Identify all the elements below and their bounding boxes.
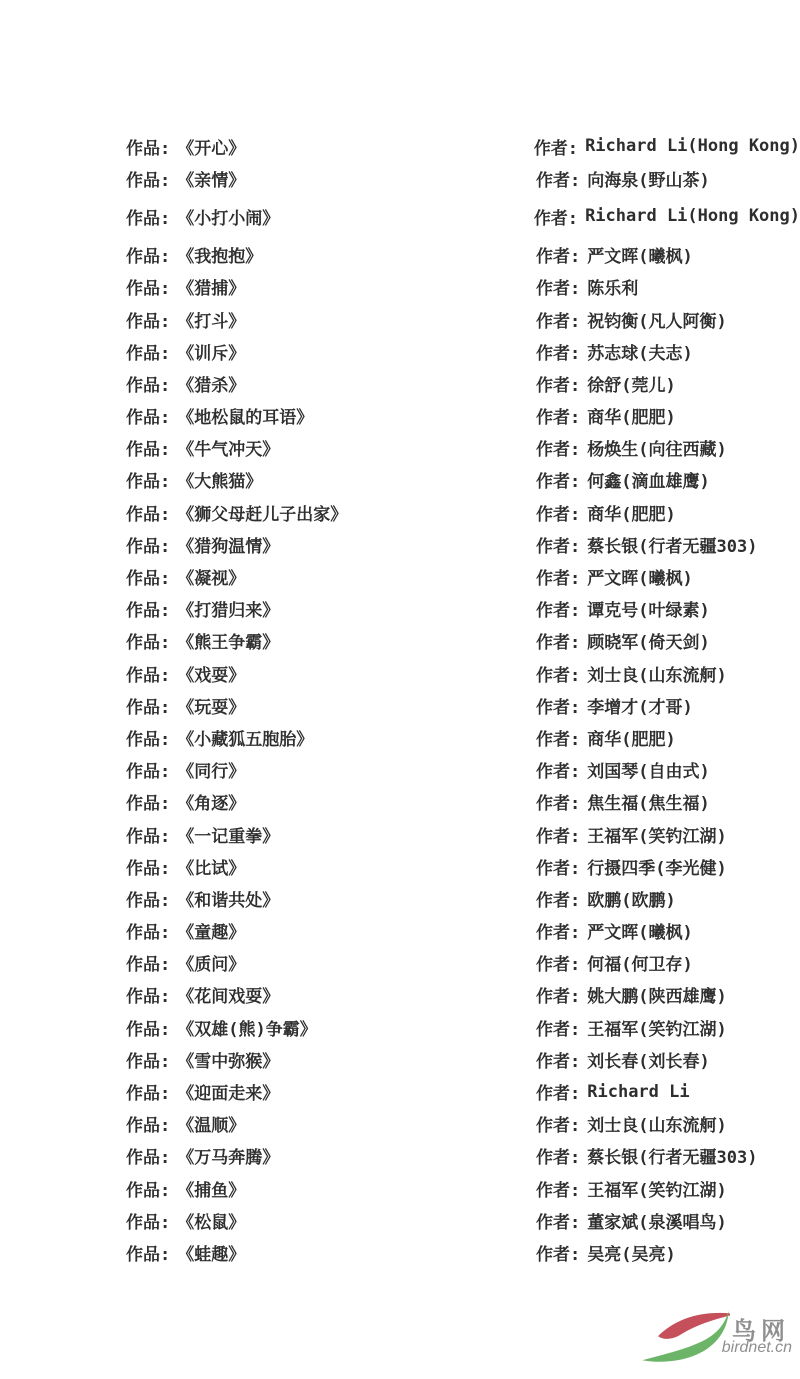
author-cell: 作者:杨焕生(向往西藏) [536,435,800,460]
author-name: 向海泉(野山茶) [587,166,709,191]
work-label: 作品: [126,307,170,332]
list-row: 作品:《同行》 作者:刘国琴(自由式) [0,754,800,786]
list-row: 作品:《比试》 作者:行摄四季(李光健) [0,850,800,882]
author-name: 何鑫(滴血雄鹰) [587,467,709,492]
list-row: 作品:《迎面走来》 作者:Richard Li [0,1075,800,1107]
work-cell: 作品:《打猎归来》 [126,596,536,621]
work-title: 《温顺》 [177,1111,245,1136]
work-title: 《猎杀》 [177,371,245,396]
work-title: 《地松鼠的耳语》 [177,403,313,428]
author-name: 王福军(笑钓江湖) [587,1176,726,1201]
list-row: 作品:《大熊猫》 作者:何鑫(滴血雄鹰) [0,464,800,496]
author-cell: 作者:刘士良(山东流舸) [536,1111,800,1136]
work-cell: 作品:《戏耍》 [126,661,536,686]
author-name: 陈乐利 [587,274,638,299]
author-cell: 作者:李增才(才哥) [536,693,800,718]
author-cell: 作者:商华(肥肥) [536,500,800,525]
author-cell: 作者:谭克号(叶绿素) [536,596,800,621]
author-cell: 作者:严文晖(曦枫) [536,564,800,589]
work-label: 作品: [126,1079,170,1104]
work-title: 《熊王争霸》 [177,628,279,653]
author-label: 作者: [536,1079,580,1104]
work-cell: 作品:《凝视》 [126,564,536,589]
work-cell: 作品:《猎捕》 [126,274,536,299]
work-title: 《我抱抱》 [177,242,262,267]
author-label: 作者: [536,339,580,364]
author-label: 作者: [536,1240,580,1265]
author-cell: 作者:严文晖(曦枫) [536,918,800,943]
author-label: 作者: [536,661,580,686]
work-cell: 作品:《同行》 [126,757,536,782]
author-label: 作者: [536,1111,580,1136]
author-label: 作者: [536,693,580,718]
author-label: 作者: [536,950,580,975]
work-cell: 作品:《打斗》 [126,307,536,332]
work-cell: 作品:《开心》 [126,134,534,159]
list-row: 作品:《小藏狐五胞胎》 作者:商华(肥肥) [0,721,800,753]
work-cell: 作品:《小藏狐五胞胎》 [126,725,536,750]
author-cell: 作者:刘国琴(自由式) [536,757,800,782]
work-cell: 作品:《熊王争霸》 [126,628,536,653]
author-cell: 作者:董家斌(泉溪唱鸟) [536,1208,800,1233]
author-name: 商华(肥肥) [587,725,675,750]
author-label: 作者: [536,789,580,814]
work-label: 作品: [126,1143,170,1168]
work-label: 作品: [126,854,170,879]
author-cell: 作者:王福军(笑钓江湖) [536,1015,800,1040]
list-row: 作品:《松鼠》 作者:董家斌(泉溪唱鸟) [0,1204,800,1236]
work-label: 作品: [126,403,170,428]
author-name: 苏志球(夫志) [587,339,692,364]
list-row: 作品:《凝视》 作者:严文晖(曦枫) [0,560,800,592]
work-title: 《松鼠》 [177,1208,245,1233]
work-title: 《花间戏耍》 [177,982,279,1007]
work-cell: 作品:《一记重拳》 [126,822,536,847]
work-label: 作品: [126,467,170,492]
list-row: 作品:《猎杀》 作者:徐舒(莞儿) [0,367,800,399]
list-row: 作品:《花间戏耍》 作者:姚大鹏(陕西雄鹰) [0,979,800,1011]
author-label: 作者: [536,1143,580,1168]
list-row: 作品:《玩耍》 作者:李增才(才哥) [0,689,800,721]
work-title: 《小藏狐五胞胎》 [177,725,313,750]
work-label: 作品: [126,134,170,159]
work-label: 作品: [126,1047,170,1072]
work-title: 《戏耍》 [177,661,245,686]
author-label: 作者: [536,886,580,911]
work-cell: 作品:《大熊猫》 [126,467,536,492]
work-label: 作品: [126,693,170,718]
author-cell: 作者:吴亮(吴亮) [536,1240,800,1265]
author-name: 杨焕生(向往西藏) [587,435,726,460]
list-row: 作品:《蛙趣》 作者:吴亮(吴亮) [0,1236,800,1268]
author-label: 作者: [536,1047,580,1072]
list-row: 作品:《角逐》 作者:焦生福(焦生福) [0,786,800,818]
list-row: 作品:《亲情》 作者:向海泉(野山茶) [0,162,800,194]
list-row: 作品:《熊王争霸》 作者:顾晓军(倚天剑) [0,625,800,657]
author-cell: 作者:姚大鹏(陕西雄鹰) [536,982,800,1007]
work-cell: 作品:《温顺》 [126,1111,536,1136]
list-row: 作品:《双雄(熊)争霸》 作者:王福军(笑钓江湖) [0,1011,800,1043]
author-name: 王福军(笑钓江湖) [587,1015,726,1040]
work-title: 《大熊猫》 [177,467,262,492]
work-title: 《玩耍》 [177,693,245,718]
author-label: 作者: [536,725,580,750]
work-label: 作品: [126,822,170,847]
work-title: 《一记重拳》 [177,822,279,847]
work-cell: 作品:《质问》 [126,950,536,975]
author-label: 作者: [536,242,580,267]
author-name: 严文晖(曦枫) [587,564,692,589]
work-cell: 作品:《迎面走来》 [126,1079,536,1104]
author-name: 吴亮(吴亮) [587,1240,675,1265]
author-name: 蔡长银(行者无疆303) [587,1143,757,1168]
author-name: 商华(肥肥) [587,500,675,525]
list-row: 作品:《打猎归来》 作者:谭克号(叶绿素) [0,593,800,625]
work-label: 作品: [126,886,170,911]
work-title: 《比试》 [177,854,245,879]
work-title: 《双雄(熊)争霸》 [177,1015,316,1040]
work-title: 《凝视》 [177,564,245,589]
logo-site-domain: birdnet.cn [722,1339,792,1357]
bird-swoosh-icon [640,1305,730,1365]
list-row: 作品:《童趣》 作者:严文晖(曦枫) [0,915,800,947]
work-label: 作品: [126,1015,170,1040]
author-label: 作者: [536,1015,580,1040]
author-cell: 作者:Richard Li [536,1079,800,1104]
author-name: 严文晖(曦枫) [587,918,692,943]
author-label: 作者: [536,166,580,191]
author-label: 作者: [536,757,580,782]
author-name: 祝钧衡(凡人阿衡) [587,307,726,332]
work-label: 作品: [126,918,170,943]
author-cell: 作者:王福军(笑钓江湖) [536,822,800,847]
work-title: 《牛气冲天》 [177,435,279,460]
author-name: 董家斌(泉溪唱鸟) [587,1208,726,1233]
work-label: 作品: [126,500,170,525]
work-cell: 作品:《玩耍》 [126,693,536,718]
author-label: 作者: [536,307,580,332]
author-cell: 作者:行摄四季(李光健) [536,854,800,879]
work-label: 作品: [126,1111,170,1136]
work-title: 《狮父母赶儿子出家》 [177,500,347,525]
author-cell: 作者:蔡长银(行者无疆303) [536,1143,800,1168]
works-authors-list: 作品:《开心》 作者:Richard Li(Hong Kong) 作品:《亲情》… [0,130,800,1269]
author-name: 王福军(笑钓江湖) [587,822,726,847]
author-name: 刘长春(刘长春) [587,1047,709,1072]
work-label: 作品: [126,725,170,750]
author-name: 焦生福(焦生福) [587,789,709,814]
list-row: 作品:《我抱抱》 作者:严文晖(曦枫) [0,239,800,271]
work-cell: 作品:《我抱抱》 [126,242,536,267]
author-label: 作者: [536,403,580,428]
work-label: 作品: [126,757,170,782]
work-title: 《打斗》 [177,307,245,332]
author-cell: 作者:何鑫(滴血雄鹰) [536,467,800,492]
list-row: 作品:《开心》 作者:Richard Li(Hong Kong) [0,130,800,162]
work-cell: 作品:《狮父母赶儿子出家》 [126,500,536,525]
author-name: Richard Li(Hong Kong) [585,206,800,226]
list-row: 作品:《打斗》 作者:祝钧衡(凡人阿衡) [0,303,800,335]
work-label: 作品: [126,982,170,1007]
work-label: 作品: [126,789,170,814]
work-label: 作品: [126,274,170,299]
author-label: 作者: [534,134,578,159]
author-label: 作者: [536,628,580,653]
author-cell: 作者:Richard Li(Hong Kong) [534,134,800,159]
list-row: 作品:《地松鼠的耳语》 作者:商华(肥肥) [0,400,800,432]
list-row: 作品:《训斥》 作者:苏志球(夫志) [0,335,800,367]
work-label: 作品: [126,532,170,557]
work-cell: 作品:《花间戏耍》 [126,982,536,1007]
work-cell: 作品:《小打小闹》 [126,204,534,229]
work-title: 《训斥》 [177,339,245,364]
list-row: 作品:《一记重拳》 作者:王福军(笑钓江湖) [0,818,800,850]
author-label: 作者: [536,500,580,525]
author-name: Richard Li [587,1082,689,1102]
work-cell: 作品:《猎杀》 [126,371,536,396]
work-label: 作品: [126,1176,170,1201]
author-label: 作者: [536,982,580,1007]
list-row: 作品:《温顺》 作者:刘士良(山东流舸) [0,1108,800,1140]
work-label: 作品: [126,596,170,621]
list-row: 作品:《狮父母赶儿子出家》 作者:商华(肥肥) [0,496,800,528]
list-row: 作品:《质问》 作者:何福(何卫存) [0,947,800,979]
author-label: 作者: [536,1176,580,1201]
list-row: 作品:《捕鱼》 作者:王福军(笑钓江湖) [0,1172,800,1204]
work-label: 作品: [126,204,170,229]
work-title: 《蛙趣》 [177,1240,245,1265]
author-name: 商华(肥肥) [587,403,675,428]
work-label: 作品: [126,628,170,653]
author-label: 作者: [536,532,580,557]
work-title: 《迎面走来》 [177,1079,279,1104]
author-cell: 作者:何福(何卫存) [536,950,800,975]
author-name: 蔡长银(行者无疆303) [587,532,757,557]
work-label: 作品: [126,950,170,975]
author-name: 何福(何卫存) [587,950,692,975]
work-cell: 作品:《童趣》 [126,918,536,943]
author-cell: 作者:王福军(笑钓江湖) [536,1176,800,1201]
work-label: 作品: [126,1240,170,1265]
list-row: 作品:《小打小闹》 作者:Richard Li(Hong Kong) [0,200,800,232]
work-cell: 作品:《牛气冲天》 [126,435,536,460]
author-name: 姚大鹏(陕西雄鹰) [587,982,726,1007]
work-label: 作品: [126,371,170,396]
work-cell: 作品:《比试》 [126,854,536,879]
list-row: 作品:《猎捕》 作者:陈乐利 [0,271,800,303]
work-cell: 作品:《和谐共处》 [126,886,536,911]
work-title: 《同行》 [177,757,245,782]
work-cell: 作品:《蛙趣》 [126,1240,536,1265]
author-cell: 作者:焦生福(焦生福) [536,789,800,814]
author-cell: 作者:Richard Li(Hong Kong) [534,204,800,229]
work-title: 《猎狗温情》 [177,532,279,557]
author-cell: 作者:向海泉(野山茶) [536,166,800,191]
list-row: 作品:《雪中弥猴》 作者:刘长春(刘长春) [0,1043,800,1075]
author-name: 徐舒(莞儿) [587,371,675,396]
author-name: 谭克号(叶绿素) [587,596,709,621]
author-label: 作者: [536,1208,580,1233]
author-label: 作者: [536,467,580,492]
author-cell: 作者:顾晓军(倚天剑) [536,628,800,653]
author-name: 严文晖(曦枫) [587,242,692,267]
list-row: 作品:《牛气冲天》 作者:杨焕生(向往西藏) [0,432,800,464]
author-label: 作者: [534,204,578,229]
work-title: 《质问》 [177,950,245,975]
work-cell: 作品:《双雄(熊)争霸》 [126,1015,536,1040]
author-cell: 作者:严文晖(曦枫) [536,242,800,267]
work-title: 《猎捕》 [177,274,245,299]
author-cell: 作者:商华(肥肥) [536,725,800,750]
work-label: 作品: [126,166,170,191]
work-title: 《童趣》 [177,918,245,943]
work-title: 《亲情》 [177,166,245,191]
work-cell: 作品:《猎狗温情》 [126,532,536,557]
work-label: 作品: [126,1208,170,1233]
author-cell: 作者:陈乐利 [536,274,800,299]
work-title: 《捕鱼》 [177,1176,245,1201]
author-label: 作者: [536,564,580,589]
work-label: 作品: [126,339,170,364]
author-cell: 作者:刘长春(刘长春) [536,1047,800,1072]
author-label: 作者: [536,596,580,621]
author-cell: 作者:刘士良(山东流舸) [536,661,800,686]
list-row: 作品:《戏耍》 作者:刘士良(山东流舸) [0,657,800,689]
list-row: 作品:《猎狗温情》 作者:蔡长银(行者无疆303) [0,528,800,560]
work-cell: 作品:《训斥》 [126,339,536,364]
author-cell: 作者:苏志球(夫志) [536,339,800,364]
list-row: 作品:《和谐共处》 作者:欧鹏(欧鹏) [0,882,800,914]
work-cell: 作品:《角逐》 [126,789,536,814]
list-row: 作品:《万马奔腾》 作者:蔡长银(行者无疆303) [0,1140,800,1172]
author-cell: 作者:欧鹏(欧鹏) [536,886,800,911]
author-label: 作者: [536,854,580,879]
author-name: 欧鹏(欧鹏) [587,886,675,911]
work-title: 《打猎归来》 [177,596,279,621]
work-title: 《开心》 [177,134,245,159]
work-label: 作品: [126,661,170,686]
author-name: 李增才(才哥) [587,693,692,718]
work-cell: 作品:《捕鱼》 [126,1176,536,1201]
work-cell: 作品:《亲情》 [126,166,536,191]
author-label: 作者: [536,435,580,460]
work-title: 《和谐共处》 [177,886,279,911]
author-name: 顾晓军(倚天剑) [587,628,709,653]
author-name: 刘士良(山东流舸) [587,1111,726,1136]
work-cell: 作品:《雪中弥猴》 [126,1047,536,1072]
author-label: 作者: [536,371,580,396]
author-label: 作者: [536,274,580,299]
work-cell: 作品:《万马奔腾》 [126,1143,536,1168]
work-title: 《万马奔腾》 [177,1143,279,1168]
work-title: 《角逐》 [177,789,245,814]
work-label: 作品: [126,564,170,589]
author-cell: 作者:商华(肥肥) [536,403,800,428]
page: 作品:《开心》 作者:Richard Li(Hong Kong) 作品:《亲情》… [0,0,800,1379]
work-title: 《小打小闹》 [177,204,279,229]
work-cell: 作品:《地松鼠的耳语》 [126,403,536,428]
author-name: Richard Li(Hong Kong) [585,136,800,156]
work-cell: 作品:《松鼠》 [126,1208,536,1233]
author-cell: 作者:徐舒(莞儿) [536,371,800,396]
author-cell: 作者:祝钧衡(凡人阿衡) [536,307,800,332]
author-cell: 作者:蔡长银(行者无疆303) [536,532,800,557]
work-label: 作品: [126,435,170,460]
author-name: 刘士良(山东流舸) [587,661,726,686]
work-label: 作品: [126,242,170,267]
birdnet-logo: 鸟网 birdnet.cn [640,1303,792,1369]
author-name: 刘国琴(自由式) [587,757,709,782]
author-name: 行摄四季(李光健) [587,854,726,879]
author-label: 作者: [536,822,580,847]
work-title: 《雪中弥猴》 [177,1047,279,1072]
author-label: 作者: [536,918,580,943]
